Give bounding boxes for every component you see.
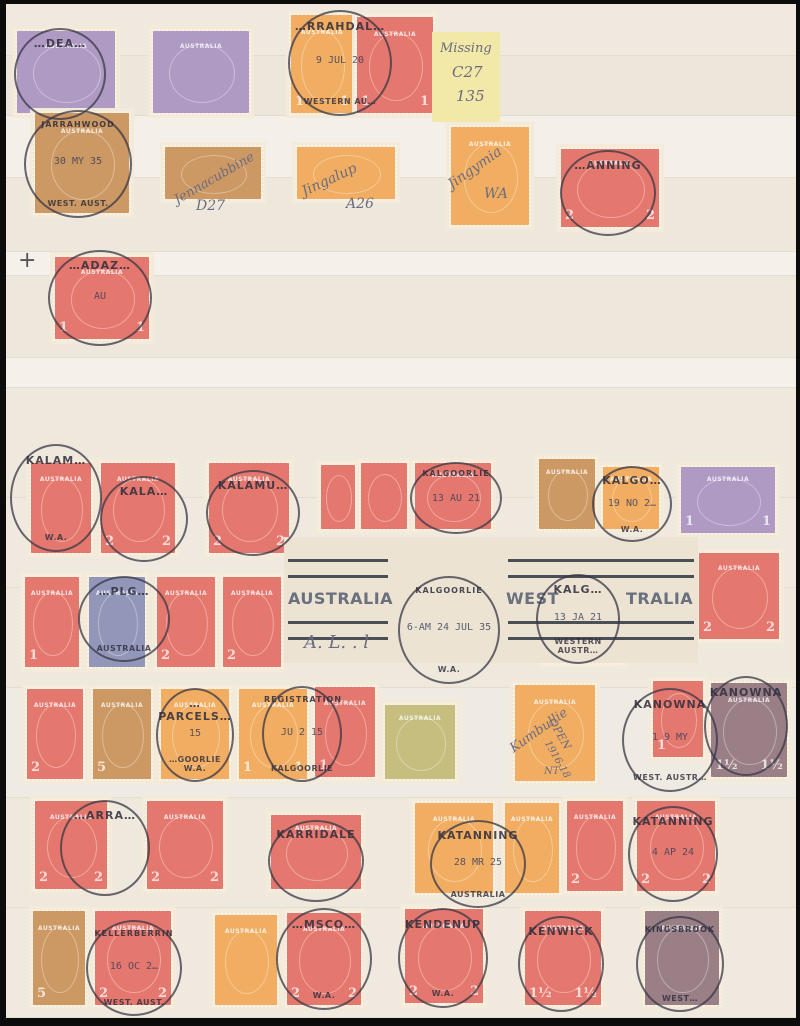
stamp: AUSTRALIA (12, 26, 120, 118)
stamp: AUSTRALIA (84, 572, 150, 672)
stamp: AUSTRALIA2 (218, 572, 286, 672)
king-portrait-oval (222, 478, 278, 542)
stamp: AUSTRALIA (148, 26, 254, 118)
note-kumbullie-nt: NT (544, 766, 559, 778)
stamp: AUSTRALIA2 (152, 572, 220, 672)
king-portrait-oval (98, 592, 138, 656)
king-portrait-oval (51, 130, 116, 201)
stamp: AUSTRALIA (30, 108, 134, 218)
stamp: AUSTRALIA (534, 454, 600, 534)
stamp: AUSTRALIA22 (632, 796, 720, 896)
slogan-left: AUSTRALIA (288, 589, 393, 608)
king-portrait-oval (33, 44, 100, 103)
king-portrait-oval (428, 818, 482, 882)
stamp: AUSTRALIA1½1½ (520, 906, 606, 1010)
king-portrait-oval (368, 474, 402, 522)
stamp: AUSTRALIA22 (400, 904, 488, 1008)
king-portrait-oval (418, 925, 472, 992)
plus-mark: + (18, 248, 36, 273)
king-portrait-oval (225, 930, 269, 994)
sticky-note: Missing C27 135 (432, 32, 500, 122)
stamp: AUSTRALIA (210, 910, 282, 1010)
king-portrait-oval (577, 162, 644, 218)
sticky-note-line1: Missing (440, 42, 492, 57)
note-jingalup-code: A26 (346, 196, 374, 212)
stamp: AUSTRALIA (266, 810, 366, 894)
king-portrait-oval (369, 33, 422, 101)
king-portrait-oval (576, 816, 616, 880)
king-portrait-oval (102, 704, 144, 768)
stockbook-strip (6, 358, 796, 390)
king-portrait-oval (650, 816, 704, 880)
stamp: AUSTRALIA2 (562, 796, 628, 896)
stamp: 1 (648, 676, 708, 762)
king-portrait-oval (169, 44, 235, 103)
king-portrait-oval (396, 717, 445, 770)
king-portrait-oval (172, 704, 220, 768)
stamp: AUSTRALIA2 (22, 684, 88, 784)
king-portrait-oval (232, 592, 274, 656)
stamp: AUSTRALIA22 (556, 144, 664, 232)
king-portrait-oval (47, 816, 98, 879)
stamp: AUSTRALIA (500, 798, 564, 898)
king-portrait-oval (33, 592, 72, 656)
king-portrait-oval (548, 470, 588, 521)
king-portrait-oval (697, 478, 762, 526)
king-portrait-oval (159, 816, 212, 879)
stamp: AUSTRALIA22 (30, 796, 112, 894)
stamp: AUSTRALIA (598, 462, 664, 534)
king-portrait-oval (250, 704, 298, 768)
note-jennacubbine-code: D27 (196, 198, 225, 214)
stamp: AUSTRALIA (640, 906, 724, 1010)
king-portrait-oval (41, 927, 79, 994)
king-portrait-oval (657, 927, 709, 994)
sticky-note-line3: 135 (456, 88, 485, 105)
stamp: AUSTRALIA (410, 798, 498, 898)
stamp: AUSTRALIA22 (96, 458, 180, 558)
king-portrait-oval (41, 478, 84, 542)
king-portrait-oval (325, 702, 368, 766)
stamp: AUSTRALIA22 (694, 548, 784, 644)
stamp: AUSTRALIA1 (310, 682, 380, 782)
king-portrait-oval (36, 704, 76, 768)
king-portrait-oval (301, 31, 345, 100)
king-portrait-oval (537, 927, 590, 994)
cover-handwriting: A. L. . l (304, 633, 369, 654)
stamp: AUSTRALIA (380, 700, 460, 784)
king-portrait-oval (427, 474, 480, 522)
king-portrait-oval (513, 818, 552, 882)
stamp: AUSTRALIA1 (20, 572, 84, 672)
stamp: AUSTRALIA11 (50, 252, 154, 344)
king-portrait-oval (712, 567, 768, 628)
stamp (356, 458, 412, 534)
cover-fragment: AUSTRALIA WEST TRALIA A. L. . l (284, 537, 698, 663)
stamp: AUSTRALIA (26, 458, 96, 558)
king-portrait-oval (107, 927, 160, 994)
sticky-note-line2: C27 (452, 64, 483, 81)
stamp: AUSTRALIA5 (28, 906, 90, 1010)
stamp: AUSTRALIA22 (282, 908, 366, 1010)
note-jingymia-state: WA (484, 186, 508, 202)
stamp: AUSTRALIA (410, 458, 496, 534)
stamp: AUSTRALIA22 (90, 906, 176, 1010)
stamp: AUSTRALIA22 (204, 458, 294, 558)
king-portrait-oval (661, 693, 698, 748)
stamp (316, 460, 360, 534)
king-portrait-oval (299, 928, 351, 993)
stamp: AUSTRALIA1½1½ (706, 678, 792, 782)
stamp: AUSTRALIA11 (676, 462, 780, 538)
stamp: AUSTRALIA11 (286, 10, 358, 118)
stamp: AUSTRALIA (156, 684, 234, 784)
king-portrait-oval (71, 270, 136, 329)
stamp: AUSTRALIA11 (352, 12, 438, 118)
king-portrait-oval (326, 475, 352, 522)
slogan-middle: WEST (506, 589, 559, 608)
king-portrait-oval (286, 827, 348, 880)
stamp: AUSTRALIA22 (142, 796, 228, 894)
stamp: AUSTRALIA11 (234, 684, 312, 784)
king-portrait-oval (723, 699, 776, 766)
slogan-right: TRALIA (626, 589, 693, 608)
king-portrait-oval (113, 478, 165, 542)
stamp: AUSTRALIA5 (88, 684, 156, 784)
king-portrait-oval (166, 592, 208, 656)
